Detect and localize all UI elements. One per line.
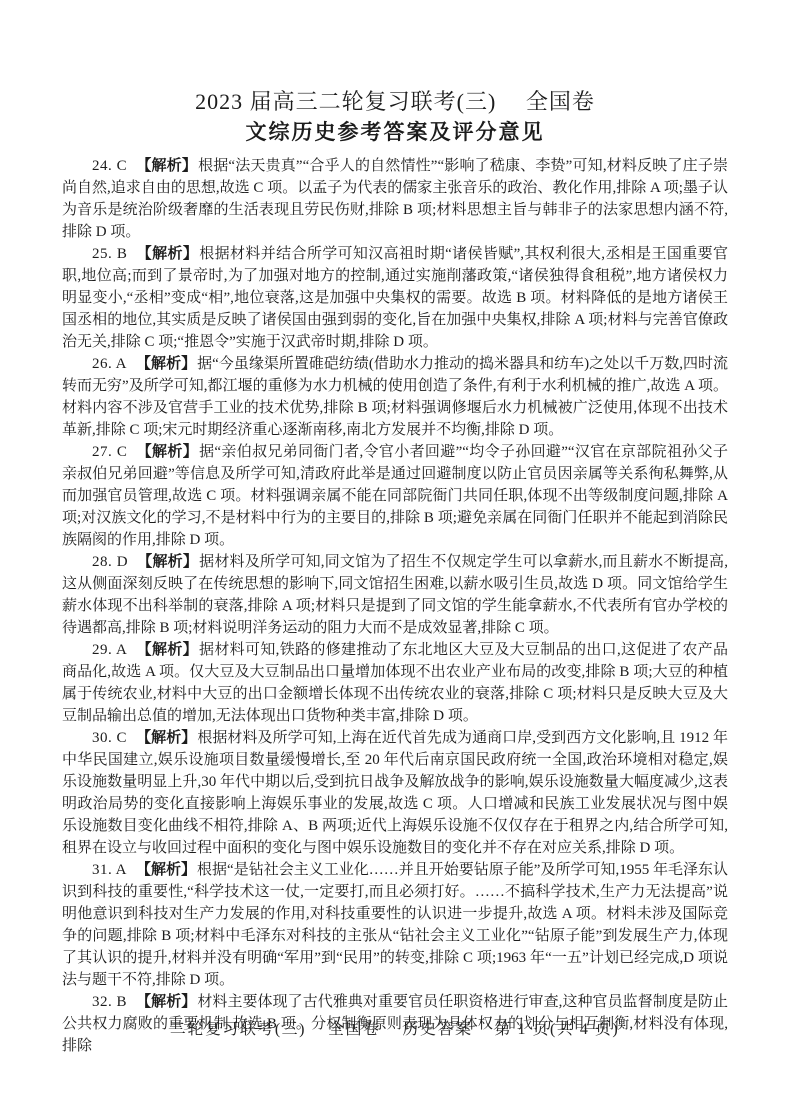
analysis-tag: 【解析】 <box>136 641 198 658</box>
analysis-tag: 【解析】 <box>136 729 196 746</box>
question-answer-label: 24. C <box>92 158 127 174</box>
answer-paragraph-24: 24. C【解析】根据“法天贵真”“合乎人的自然情性”“影响了嵇康、李贽”可知,… <box>62 155 728 243</box>
document-content: 2023 届高三二轮复习联考(三) 全国卷 文综历史参考答案及评分意见 24. … <box>62 88 728 1057</box>
question-answer-label: 30. C <box>92 730 127 746</box>
page-footer: 二轮复习联考(三)全国卷历史答案第 1 页(共 4 页) <box>0 1020 789 1040</box>
answer-paragraph-29: 29. A【解析】据材料可知,铁路的修建推动了东北地区大豆及大豆制品的出口,这促… <box>62 639 728 727</box>
document-subtitle: 文综历史参考答案及评分意见 <box>62 120 728 146</box>
analysis-tag: 【解析】 <box>136 157 197 174</box>
answer-paragraph-28: 28. D【解析】据材料及所学可知,同文馆为了招生不仅规定学生可以拿薪水,而且薪… <box>62 551 728 639</box>
analysis-tag: 【解析】 <box>137 553 198 570</box>
analysis-tag: 【解析】 <box>136 993 196 1010</box>
document-title: 2023 届高三二轮复习联考(三) 全国卷 <box>62 88 728 116</box>
answer-paragraph-31: 31. A【解析】根据“是钻社会主义工业化……并且开始要钻原子能”及所学可知,1… <box>62 859 728 991</box>
document-page: 2023 届高三二轮复习联考(三) 全国卷 文综历史参考答案及评分意见 24. … <box>0 0 789 1099</box>
answer-paragraph-25: 25. B【解析】根据材料并结合所学可知汉高祖时期“诸侯皆赋”,其权利很大,丞相… <box>62 243 728 353</box>
question-answer-label: 27. C <box>92 444 127 460</box>
question-answer-label: 25. B <box>92 246 127 262</box>
footer-section-name: 历史答案 <box>403 1021 473 1038</box>
answer-list: 24. C【解析】根据“法天贵真”“合乎人的自然情性”“影响了嵇康、李贽”可知,… <box>62 155 728 1057</box>
analysis-tag: 【解析】 <box>136 861 196 878</box>
analysis-text: 根据材料及所学可知,上海在近代首先成为通商口岸,受到西方文化影响,且 1912 … <box>62 730 728 856</box>
footer-page-number: 第 1 页(共 4 页) <box>495 1021 620 1038</box>
analysis-tag: 【解析】 <box>136 443 198 460</box>
footer-paper-type: 全国卷 <box>328 1021 381 1038</box>
answer-paragraph-27: 27. C【解析】据“亲伯叔兄弟同衙门者,令官小者回避”“均令子孙回避”“汉官在… <box>62 441 728 551</box>
footer-exam-name: 二轮复习联考(三) <box>170 1021 306 1038</box>
question-answer-label: 32. B <box>92 994 127 1010</box>
question-answer-label: 29. A <box>92 642 127 658</box>
analysis-text: 根据“是钻社会主义工业化……并且开始要钻原子能”及所学可知,1955 年毛泽东认… <box>62 862 728 988</box>
analysis-tag: 【解析】 <box>136 355 196 372</box>
question-answer-label: 31. A <box>92 862 127 878</box>
question-answer-label: 26. A <box>92 356 127 372</box>
question-answer-label: 28. D <box>92 554 128 570</box>
analysis-tag: 【解析】 <box>136 245 198 262</box>
answer-paragraph-30: 30. C【解析】根据材料及所学可知,上海在近代首先成为通商口岸,受到西方文化影… <box>62 727 728 859</box>
answer-paragraph-26: 26. A【解析】据“今虽缘渠所置碓硙纺绩(借助水力推动的捣米器具和纺车)之处以… <box>62 353 728 441</box>
